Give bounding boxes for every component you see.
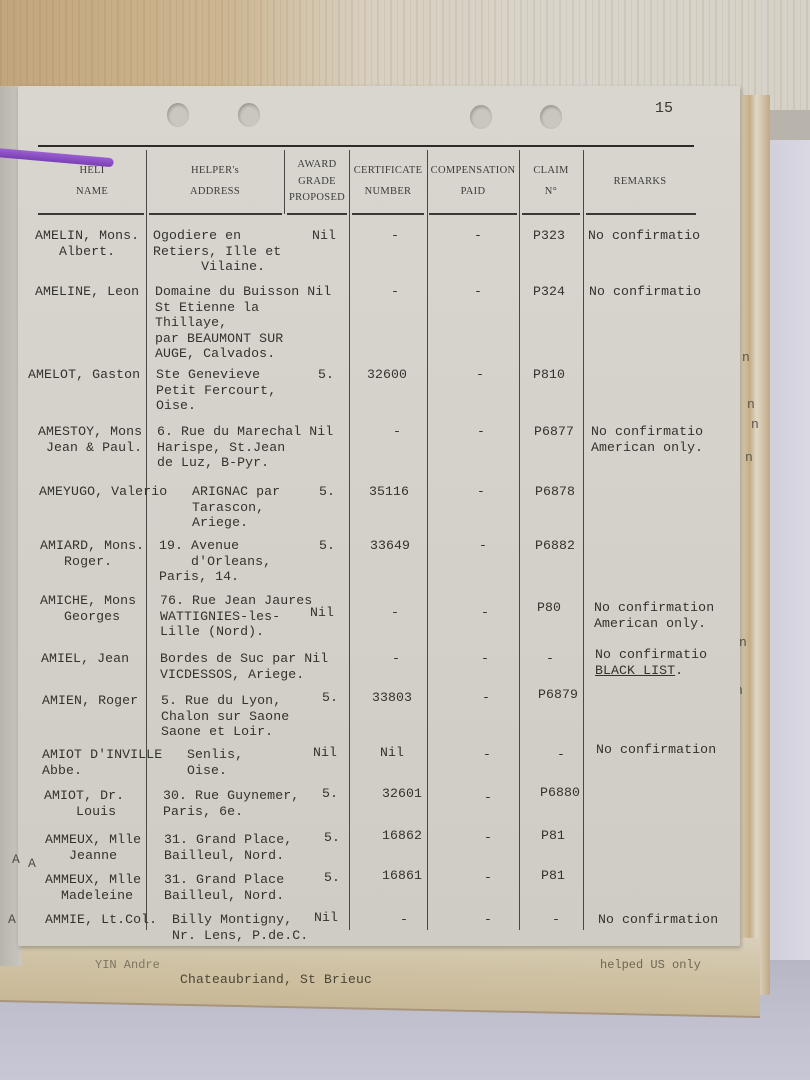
header-compensation-line2: PAID	[427, 186, 519, 199]
row-award: 5.	[322, 690, 338, 706]
row-address: 5. Rue du Lyon, Chalon sur Saone Saone e…	[161, 693, 289, 740]
row-compensation: -	[484, 870, 492, 886]
row-claim: P6877	[534, 424, 574, 440]
row-claim: P81	[541, 868, 565, 884]
row-remarks: No confirmatio BLACK LIST.	[595, 647, 707, 678]
row-address: Bordes de Suc par Nil VICDESSOS, Ariege.	[160, 651, 328, 682]
header-rule	[586, 213, 696, 215]
header-certificate-line2: NUMBER	[350, 186, 426, 199]
row-name: AMICHE, Mons Georges	[40, 593, 136, 624]
header-claim: CLAIM N°	[520, 150, 582, 214]
row-award: Nil	[312, 228, 336, 244]
underlying-address: Chateaubriand, St Brieuc	[180, 972, 372, 987]
row-certificate: -	[391, 284, 399, 300]
row-name: AMIOT, Dr. Louis	[44, 788, 124, 819]
header-name-line2: NAME	[38, 186, 146, 199]
row-claim: P6878	[535, 484, 575, 500]
column-divider	[427, 150, 428, 930]
row-certificate: 16862	[382, 828, 422, 844]
row-compensation: -	[477, 424, 485, 440]
header-award-line1: AWARD	[285, 159, 349, 172]
row-name: AMMIE, Lt.Col.	[45, 912, 157, 928]
header-rule	[352, 213, 424, 215]
row-claim: P6882	[535, 538, 575, 554]
header-address: HELPER's ADDRESS	[147, 150, 283, 214]
header-certificate-line1: CERTIFICATE	[350, 165, 426, 178]
row-certificate: 32601	[382, 786, 422, 802]
edge-letter: n	[751, 417, 759, 432]
margin-mark: A	[12, 852, 20, 867]
row-claim: P80	[537, 600, 561, 616]
black-list-label: BLACK LIST	[595, 663, 675, 678]
row-remarks: No confirmatio American only.	[591, 424, 703, 455]
row-compensation: -	[477, 484, 485, 500]
row-certificate: 33803	[372, 690, 412, 706]
header-address-line1: HELPER's	[147, 165, 283, 178]
row-remarks: No confirmation	[596, 742, 716, 758]
row-compensation: -	[481, 651, 489, 667]
punch-hole	[540, 105, 562, 129]
header-rule	[149, 213, 282, 215]
row-address: Senlis, Oise.	[187, 747, 243, 778]
row-address: 31. Grand Place Bailleul, Nord.	[164, 872, 284, 903]
row-claim: P323	[533, 228, 565, 244]
row-name: AMIOT D'INVILLE Abbe.	[42, 747, 162, 778]
header-award: AWARD GRADE PROPOSED	[285, 150, 349, 214]
row-address: Ste Genevieve Petit Fercourt, Oise.	[156, 367, 276, 414]
margin-mark: A	[28, 856, 36, 871]
margin-mark: A	[8, 912, 16, 927]
row-address: 76. Rue Jean Jaures WATTIGNIES-les- Lill…	[160, 593, 312, 640]
row-address: 30. Rue Guynemer, Paris, 6e.	[163, 788, 299, 819]
row-compensation: -	[474, 284, 482, 300]
row-name: AMIARD, Mons. Roger.	[40, 538, 144, 569]
row-claim: -	[546, 651, 554, 667]
row-certificate: Nil	[380, 745, 404, 761]
row-award: 5.	[318, 367, 334, 383]
row-address: ARIGNAC par Tarascon, Ariege.	[192, 484, 280, 531]
header-compensation-line1: COMPENSATION	[427, 165, 519, 178]
header-rule	[287, 213, 347, 215]
header-name-line1: HELI	[38, 165, 146, 178]
header-award-line3: PROPOSED	[285, 192, 349, 205]
header-remarks: REMARKS	[584, 150, 696, 214]
row-remarks: No confirmatio	[588, 228, 700, 244]
column-divider	[519, 150, 520, 930]
row-compensation: -	[479, 538, 487, 554]
row-certificate: -	[393, 424, 401, 440]
row-compensation: -	[481, 605, 489, 621]
row-claim: P6880	[540, 785, 580, 801]
punch-hole	[470, 105, 492, 129]
row-claim: P6879	[538, 687, 578, 703]
document-page	[18, 86, 740, 946]
header-rule	[522, 213, 580, 215]
row-claim: -	[552, 912, 560, 928]
edge-letter: n	[747, 397, 755, 412]
row-certificate: 35116	[369, 484, 409, 500]
row-award: 5.	[322, 786, 338, 802]
row-address: 31. Grand Place, Bailleul, Nord.	[164, 832, 292, 863]
row-compensation: -	[484, 912, 492, 928]
row-compensation: -	[482, 690, 490, 706]
header-claim-line1: CLAIM	[520, 165, 582, 178]
row-remarks-text: No confirmatio	[595, 647, 707, 662]
header-rule	[429, 213, 517, 215]
column-divider	[146, 150, 147, 930]
row-certificate: -	[391, 228, 399, 244]
row-certificate: 33649	[370, 538, 410, 554]
row-name: AMELIN, Mons. Albert.	[35, 228, 139, 259]
row-compensation: -	[483, 747, 491, 763]
row-claim: P810	[533, 367, 565, 383]
row-award: 5.	[324, 830, 340, 846]
row-certificate: -	[391, 605, 399, 621]
row-certificate: -	[392, 651, 400, 667]
row-name: AMMEUX, Mlle Madeleine	[45, 872, 141, 903]
header-address-line2: ADDRESS	[147, 186, 283, 199]
header-claim-line2: N°	[520, 186, 582, 199]
row-name: AMMEUX, Mlle Jeanne	[45, 832, 141, 863]
edge-letter: n	[742, 350, 750, 365]
header-compensation: COMPENSATION PAID	[427, 150, 519, 214]
row-name: AMESTOY, Mons Jean & Paul.	[38, 424, 142, 455]
row-address: 19. Avenue d'Orleans, Paris, 14.	[159, 538, 271, 585]
row-award: Nil	[313, 745, 337, 761]
row-certificate: 16861	[382, 868, 422, 884]
header-top-rule	[38, 145, 694, 147]
row-remarks: No confirmatio	[589, 284, 701, 300]
row-name: AMIEL, Jean	[41, 651, 129, 667]
row-name: AMELINE, Leon	[35, 284, 139, 300]
row-certificate: -	[400, 912, 408, 928]
row-certificate: 32600	[367, 367, 407, 383]
column-divider	[583, 150, 584, 930]
header-certificate: CERTIFICATE NUMBER	[350, 150, 426, 214]
punch-hole	[238, 103, 260, 127]
row-name: AMEYUGO, Valerio	[39, 484, 167, 500]
punch-hole	[167, 103, 189, 127]
underlying-remarks: helped US only	[600, 958, 701, 972]
row-compensation: -	[484, 790, 492, 806]
row-compensation: -	[476, 367, 484, 383]
row-address: Billy Montigny, Nr. Lens, P.de.C.	[172, 912, 308, 943]
row-award: 5.	[319, 484, 335, 500]
row-address: Domaine du Buisson Nil St Etienne la Thi…	[155, 284, 331, 362]
underlying-name: YIN Andre	[95, 958, 160, 972]
row-award: Nil	[314, 910, 338, 926]
row-address: 6. Rue du Marechal Nil Harispe, St.Jean …	[157, 424, 333, 471]
header-remarks-line1: REMARKS	[584, 176, 696, 189]
row-remarks: No confirmation American only.	[594, 600, 714, 631]
row-name: AMIEN, Roger	[42, 693, 138, 709]
edge-letter: n	[745, 450, 753, 465]
column-divider	[349, 150, 350, 930]
edge-letter: n	[739, 635, 747, 650]
column-divider	[284, 150, 285, 214]
header-rule	[38, 213, 144, 215]
row-name: AMELOT, Gaston	[28, 367, 140, 383]
row-award: Nil	[310, 605, 334, 621]
row-remarks: No confirmation	[598, 912, 718, 928]
row-compensation: -	[484, 830, 492, 846]
row-award: 5.	[324, 870, 340, 886]
page-number: 15	[655, 100, 673, 117]
row-claim: P324	[533, 284, 565, 300]
row-compensation: -	[474, 228, 482, 244]
header-award-line2: GRADE	[285, 176, 349, 189]
row-remarks-suffix: .	[675, 663, 683, 678]
row-claim: P81	[541, 828, 565, 844]
row-address: Ogodiere en Retiers, Ille et Vilaine.	[153, 228, 281, 275]
row-award: 5.	[319, 538, 335, 554]
row-claim: -	[557, 747, 565, 763]
